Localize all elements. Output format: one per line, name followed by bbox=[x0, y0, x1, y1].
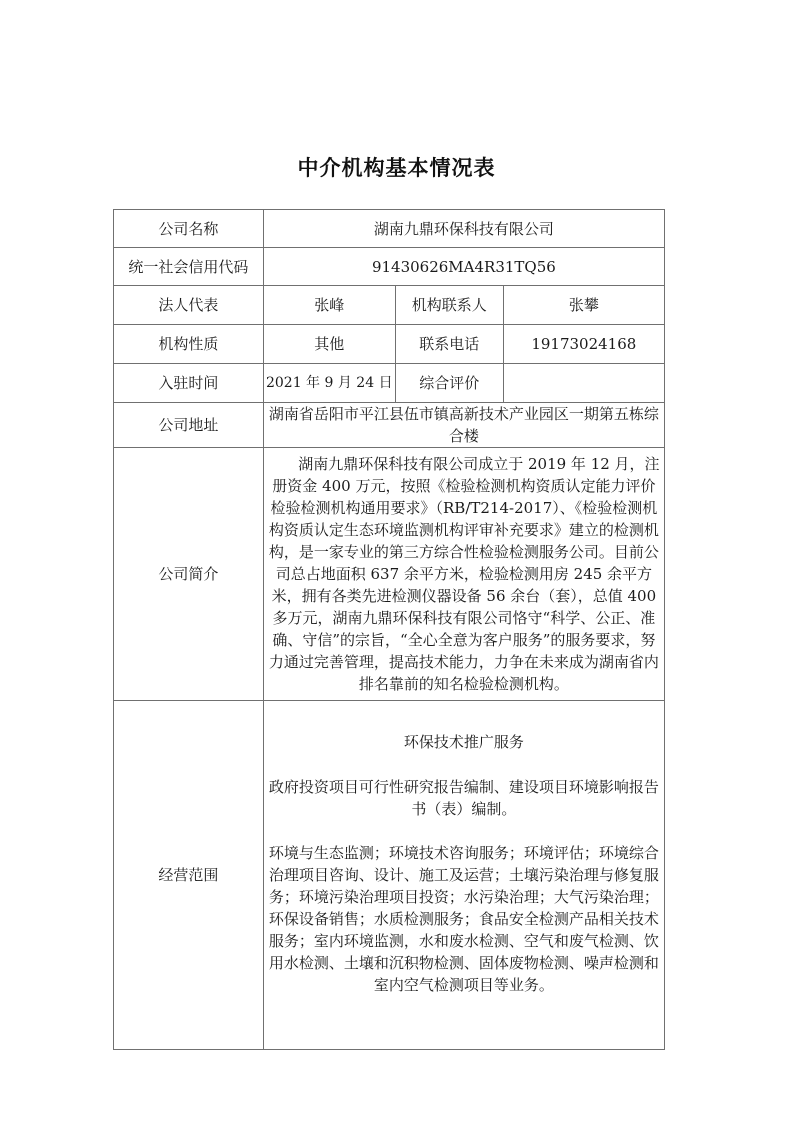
document-title: 中介机构基本情况表 bbox=[0, 152, 793, 182]
legal-rep-label: 法人代表 bbox=[114, 286, 264, 325]
profile-text: 湖南九鼎环保科技有限公司成立于 2019 年 12 月，注册资金 400 万元，… bbox=[268, 453, 660, 695]
scope-value: 环保技术推广服务 政府投资项目可行性研究报告编制、建设项目环境影响报告书（表）编… bbox=[263, 701, 664, 1050]
contact-person-value: 张攀 bbox=[503, 286, 664, 325]
legal-rep-value: 张峰 bbox=[263, 286, 395, 325]
rating-value bbox=[503, 364, 664, 403]
scope-paragraph: 政府投资项目可行性研究报告编制、建设项目环境影响报告书（表）编制。 bbox=[268, 776, 660, 820]
scope-label: 经营范围 bbox=[114, 701, 264, 1050]
row-credit-code: 统一社会信用代码 91430626MA4R31TQ56 bbox=[114, 248, 665, 286]
scope-paragraph: 环境与生态监测；环境技术咨询服务；环境评估；环境综合治理项目咨询、设计、施工及运… bbox=[268, 842, 660, 996]
rating-label: 综合评价 bbox=[395, 364, 503, 403]
company-name-value: 湖南九鼎环保科技有限公司 bbox=[263, 210, 664, 248]
contact-person-label: 机构联系人 bbox=[395, 286, 503, 325]
row-scope: 经营范围 环保技术推广服务 政府投资项目可行性研究报告编制、建设项目环境影响报告… bbox=[114, 701, 665, 1050]
row-address: 公司地址 湖南省岳阳市平江县伍市镇高新技术产业园区一期第五栋综合楼 bbox=[114, 403, 665, 448]
credit-code-label: 统一社会信用代码 bbox=[114, 248, 264, 286]
entry-date-value: 2021 年 9 月 24 日 bbox=[263, 364, 395, 403]
agency-info-table: 公司名称 湖南九鼎环保科技有限公司 统一社会信用代码 91430626MA4R3… bbox=[113, 209, 665, 1050]
credit-code-value: 91430626MA4R31TQ56 bbox=[263, 248, 664, 286]
address-label: 公司地址 bbox=[114, 403, 264, 448]
company-name-label: 公司名称 bbox=[114, 210, 264, 248]
org-nature-label: 机构性质 bbox=[114, 325, 264, 364]
row-legal-rep: 法人代表 张峰 机构联系人 张攀 bbox=[114, 286, 665, 325]
scope-paragraph: 环保技术推广服务 bbox=[268, 731, 660, 753]
row-org-nature: 机构性质 其他 联系电话 19173024168 bbox=[114, 325, 665, 364]
profile-value: 湖南九鼎环保科技有限公司成立于 2019 年 12 月，注册资金 400 万元，… bbox=[263, 448, 664, 701]
profile-label: 公司简介 bbox=[114, 448, 264, 701]
org-nature-value: 其他 bbox=[263, 325, 395, 364]
entry-date-label: 入驻时间 bbox=[114, 364, 264, 403]
address-value: 湖南省岳阳市平江县伍市镇高新技术产业园区一期第五栋综合楼 bbox=[263, 403, 664, 448]
row-entry-date: 入驻时间 2021 年 9 月 24 日 综合评价 bbox=[114, 364, 665, 403]
row-profile: 公司简介 湖南九鼎环保科技有限公司成立于 2019 年 12 月，注册资金 40… bbox=[114, 448, 665, 701]
row-company-name: 公司名称 湖南九鼎环保科技有限公司 bbox=[114, 210, 665, 248]
contact-phone-value: 19173024168 bbox=[503, 325, 664, 364]
contact-phone-label: 联系电话 bbox=[395, 325, 503, 364]
